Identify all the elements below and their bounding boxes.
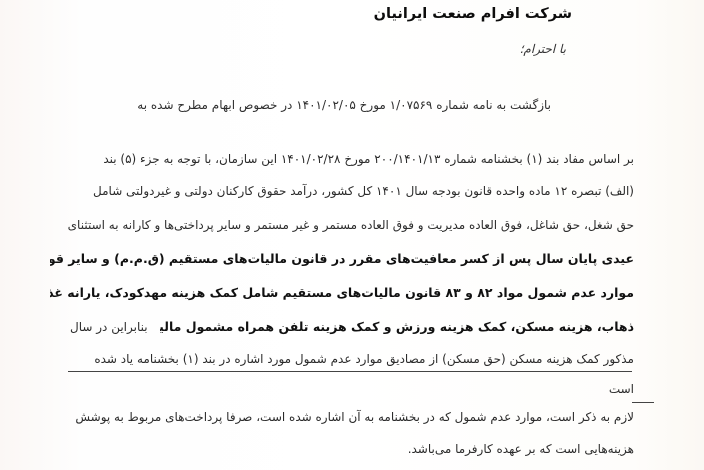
paragraph-line-4: عیدی پایان سال پس از کسر معافیت‌های مقرر… xyxy=(50,250,634,268)
underline-line-7 xyxy=(68,371,632,372)
paragraph-line-7: مذکور کمک هزینه مسکن (حق مسکن) از مصادیق… xyxy=(50,350,634,368)
company-name: شرکت افرام صنعت ایرانیان xyxy=(374,6,572,22)
paragraph-line-8: است xyxy=(50,380,634,398)
paragraph-line-3: حق شغل، حق شاغل، فوق العاده مدیریت و فوق… xyxy=(50,216,634,234)
paragraph-line-6-tail: بنابراین در سال xyxy=(70,318,164,336)
paragraph-line-5: موارد عدم شمول مواد ۸۲ و ۸۳ قانون مالیات… xyxy=(50,284,634,302)
intro-line: بازگشت به نامه شماره ۱/۰۷۵۶۹ مورخ ۱۴۰۱/۰… xyxy=(135,96,551,114)
paragraph-line-2: (الف) تبصره ۱۲ ماده واحده قانون بودجه سا… xyxy=(50,182,634,200)
underline-line-8 xyxy=(632,402,654,403)
letter-page: شرکت افرام صنعت ایرانیان با احترام؛ بازگ… xyxy=(0,0,704,470)
paragraph-line-6: ذهاب، هزینه مسکن، کمک هزینه ورزش و کمک ه… xyxy=(160,318,634,336)
closing-line-1: لازم به ذکر است، موارد عدم شمول که در بخ… xyxy=(50,408,634,426)
paragraph-line-1: بر اساس مفاد بند (۱) بخشنامه شماره ۲۰۰/۱… xyxy=(50,150,634,168)
salutation: با احترام؛ xyxy=(520,42,566,56)
closing-line-2: هزینه‌هایی است که بر عهده کارفرما می‌باش… xyxy=(50,440,634,458)
